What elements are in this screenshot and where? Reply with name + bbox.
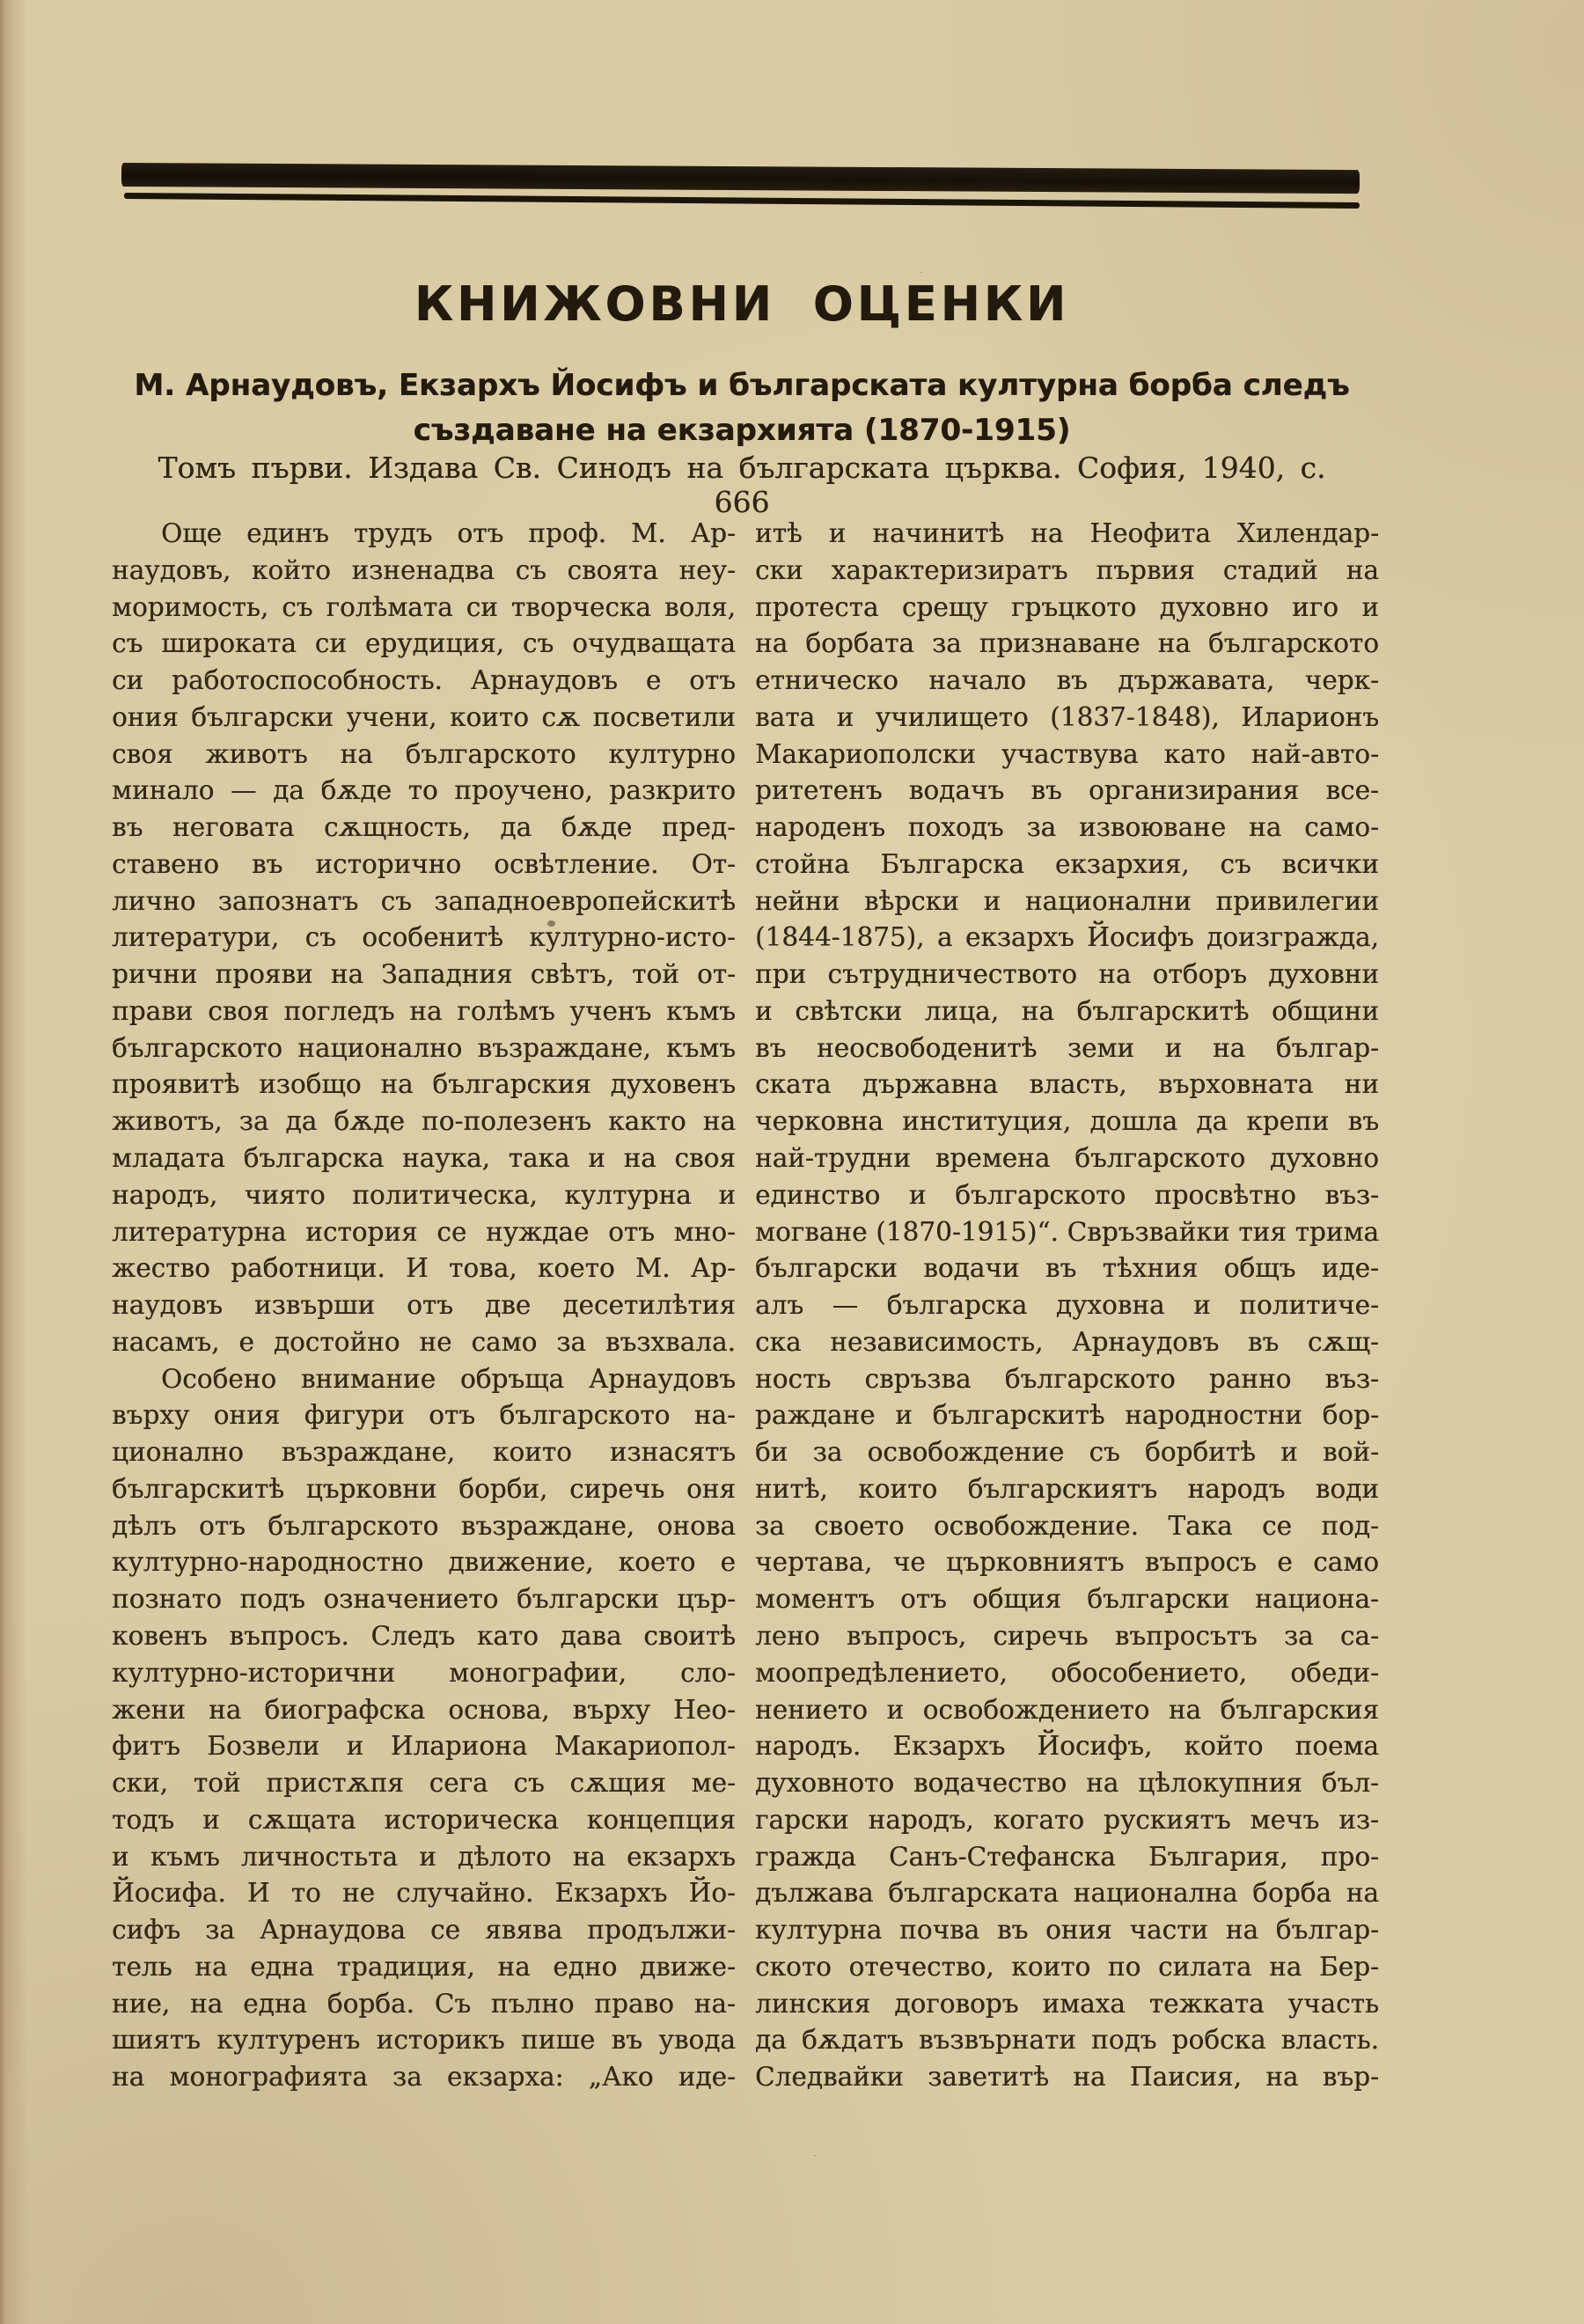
text-line: българскитѣцърковниборби,сиречьоня [112, 1474, 736, 1511]
text-line: животъ,задабѫдепо-полезенъкактона [112, 1106, 736, 1143]
text-line: наборбатазапризнаваненабългарското [755, 628, 1379, 665]
text-line: насамъ,едостойнонесамозавъзхвала. [112, 1327, 736, 1364]
text-line: икъмъличностьтаидѣлотонаекзархъ [112, 1842, 736, 1879]
text-line: народенъпоходъзаизвоюваненасамо- [755, 812, 1379, 849]
text-line: Йосифа.Итонеслучайно.ЕкзархъЙо- [112, 1878, 736, 1915]
text-line: личнозапознатъсъзападноевропейскитѣ [112, 886, 736, 923]
text-line: намонографиятазаекзарха:„Акоиде- [112, 2062, 736, 2099]
text-line: алъ—българскадуховнаиполитиче- [755, 1290, 1379, 1327]
text-line: дѣлъотъбългарскотовъзраждане,онова [112, 1511, 736, 1548]
text-line: културно-историчнимонографии,сло- [112, 1658, 736, 1695]
text-line: дабѫдатъвъзвърнатиподъробскавласть. [755, 2025, 1379, 2062]
text-line: ставеновъисторичноосвѣтление.От- [112, 849, 736, 886]
text-line: СледвайкизаветитѣнаПаисия,навър- [755, 2062, 1379, 2099]
text-line: Макариополскиучаствувакатонай-авто- [755, 739, 1379, 776]
text-line: присътрудничествотонаотборъдуховни [755, 959, 1379, 996]
text-line: засвоетоосвобождение.Такасепод- [755, 1511, 1379, 1548]
text-line: литературнаисториясенуждаеотъмно- [112, 1217, 736, 1254]
text-line: съширокатасиерудиция,съочудващата [112, 628, 736, 665]
text-line: българскиводачивътѣхнияобщъиде- [755, 1253, 1379, 1290]
text-line: бизаосвобождениесъборбитѣивой- [755, 1437, 1379, 1474]
section-heading: КНИЖОВНИ ОЦЕНКИ [123, 276, 1360, 332]
text-line: ски,тойпристѫпясегасъсѫщияме- [112, 1768, 736, 1805]
header-rule-thick [121, 163, 1360, 194]
text-line: литератури,съособенитѣкултурно-исто- [112, 922, 736, 959]
text-line: сифъзаАрнаудовасеявявапродължи- [112, 1915, 736, 1952]
text-line: шиятъкултуренъисторикъпишевъувода [112, 2025, 736, 2062]
text-line: най-труднивременабългарскотодуховно [755, 1143, 1379, 1180]
imprint-line: Томъ първи. Издава Св. Синодъ на българс… [123, 451, 1360, 519]
text-line: проявитѣизобщонабългарскиядуховенъ [112, 1069, 736, 1106]
text-line: вънеговатасѫщность,дабѫдепред- [112, 812, 736, 849]
text-line: гарскинародъ,когаторускиятъмечъиз- [755, 1805, 1379, 1842]
text-line: духовнотоводачествонацѣлокупниябъл- [755, 1768, 1379, 1805]
text-line: нейнивѣрскиинационалнипривилегии [755, 886, 1379, 923]
text-line: ражданеибългарскитѣнародностнибор- [755, 1400, 1379, 1437]
text-line: фитъБозвелииИларионаМакариопол- [112, 1731, 736, 1768]
text-line: тодъисѫщатаисторическаконцепция [112, 1805, 736, 1842]
text-line: чертава,чецърковниятъвъпросъесамо [755, 1547, 1379, 1584]
left-column: Ощеединътрудъотъпроф.М.Ар-наудовъ,койтои… [112, 518, 736, 2099]
text-line: женинабиографскаоснова,върхуНео- [112, 1695, 736, 1732]
review-title: М. Арнаудовъ, Екзархъ Йосифъ и българска… [123, 363, 1360, 453]
text-line: минало—дабѫдетопроучено,разкрито [112, 775, 736, 812]
text-line: ониябългарскиучени,коитосѫпосветили [112, 702, 736, 739]
text-line: моментъотъобщиябългарскинациона- [755, 1584, 1379, 1621]
text-line: вънеосвободенитѣземиинабългар- [755, 1033, 1379, 1070]
text-line: дължавабългарскатанационалнаборбана [755, 1878, 1379, 1915]
text-line: черковнаинституция,дошладакрепивъ [755, 1106, 1379, 1143]
text-line: сиработоспособность.Арнаудовъеотъ [112, 665, 736, 702]
text-line: (1844-1875),аекзархъЙосифъдоизгражда, [755, 922, 1379, 959]
text-line: тельнаеднатрадиция,наеднодвиже- [112, 1952, 736, 1989]
text-line: културно-народностнодвижение,коетое [112, 1547, 736, 1584]
text-line: ОсобеновниманиеобръщаАрнаудовъ [112, 1364, 736, 1401]
text-line: свояживотънабългарскотокултурно [112, 739, 736, 776]
text-line: леновъпросъ,сиречьвъпросътъзаса- [755, 1621, 1379, 1658]
text-line: граждаСанъ-СтефанскаБългария,про- [755, 1842, 1379, 1879]
review-title-line-2: създаване на екзархията (1870-1915) [123, 408, 1360, 453]
text-line: етническоначаловъдържавата,черк- [755, 665, 1379, 702]
right-column: итѣиначинитѣнаНеофитаХилендар-скихаракте… [755, 518, 1379, 2099]
header-rule-thin [124, 193, 1360, 209]
text-line: скотоотечество,коитопосилатанаБер- [755, 1952, 1379, 1989]
text-line: ние,наеднаборба.Съпълноправона- [112, 1989, 736, 2026]
text-line: ностьсвръзвабългарскоторанновъз- [755, 1364, 1379, 1401]
text-line: линскиядоговоръимахатежкатаучасть [755, 1989, 1379, 2026]
text-line: ричнипроявинаЗападниясвѣтъ,тойот- [112, 959, 736, 996]
text-line: ковенъвъпросъ.Следъкатодавасвоитѣ [112, 1621, 736, 1658]
text-line: наудовъ,койтоизненадвасъсвоятанеу- [112, 555, 736, 592]
text-line: Ощеединътрудъотъпроф.М.Ар- [112, 518, 736, 555]
text-line: народъ,чиятополитическа,културнаи [112, 1180, 736, 1217]
text-line: могване(1870-1915)“.Свръзвайкитиятрима [755, 1217, 1379, 1254]
text-line: прависвояпогледънаголѣмъученъкъмъ [112, 996, 736, 1033]
text-line: единствоибългарскотопросвѣтновъз- [755, 1180, 1379, 1217]
text-line: младатабългарсканаука,такаинасвоя [112, 1143, 736, 1180]
text-line: ритетенъводачъвъорганизираниявсе- [755, 775, 1379, 812]
body-text: Ощеединътрудъотъпроф.М.Ар-наудовъ,койтои… [112, 518, 1379, 2099]
text-line: нитѣ,коитобългарскиятънародъводи [755, 1474, 1379, 1511]
text-line: исвѣтскилица,набългарскитѣобщини [755, 996, 1379, 1033]
text-line: познатоподъозначениетобългарскицър- [112, 1584, 736, 1621]
text-line: протестасрещугръцкотодуховноигои [755, 592, 1379, 629]
scanned-page: { "page": { "heading": "КНИЖОВНИ ОЦЕНКИ"… [0, 0, 1584, 2324]
text-line: моримость,съголѣматаситворческаволя, [112, 592, 736, 629]
text-line: ционалновъзраждане,коитоизнасятъ [112, 1437, 736, 1474]
text-line: скихарактеризиратъпървиястадийна [755, 555, 1379, 592]
text-line: моопредѣлението,обособението,обеди- [755, 1658, 1379, 1695]
text-line: скатадържавнавласть,върховнатани [755, 1069, 1379, 1106]
text-line: сканезависимость,Арнаудовъвъсѫщ- [755, 1327, 1379, 1364]
text-line: народъ.ЕкзархъЙосифъ,койтопоема [755, 1731, 1379, 1768]
review-title-line-1: М. Арнаудовъ, Екзархъ Йосифъ и българска… [123, 363, 1360, 408]
text-line: нениетоиосвобождениетонабългарския [755, 1695, 1379, 1732]
text-line: стойнаБългарскаекзархия,съвсички [755, 849, 1379, 886]
text-line: жествоработници.Итова,коетоМ.Ар- [112, 1253, 736, 1290]
text-line: итѣиначинитѣнаНеофитаХилендар- [755, 518, 1379, 555]
text-line: наудовъизвършиотъдведесетилѣтия [112, 1290, 736, 1327]
text-line: културнапочвавъониячастинабългар- [755, 1915, 1379, 1952]
text-line: българскотонационалновъзраждане,къмъ [112, 1033, 736, 1070]
text-line: ватаиучилището(1837-1848),Иларионъ [755, 702, 1379, 739]
text-line: върхуонияфигуриотъбългарскотона- [112, 1400, 736, 1437]
